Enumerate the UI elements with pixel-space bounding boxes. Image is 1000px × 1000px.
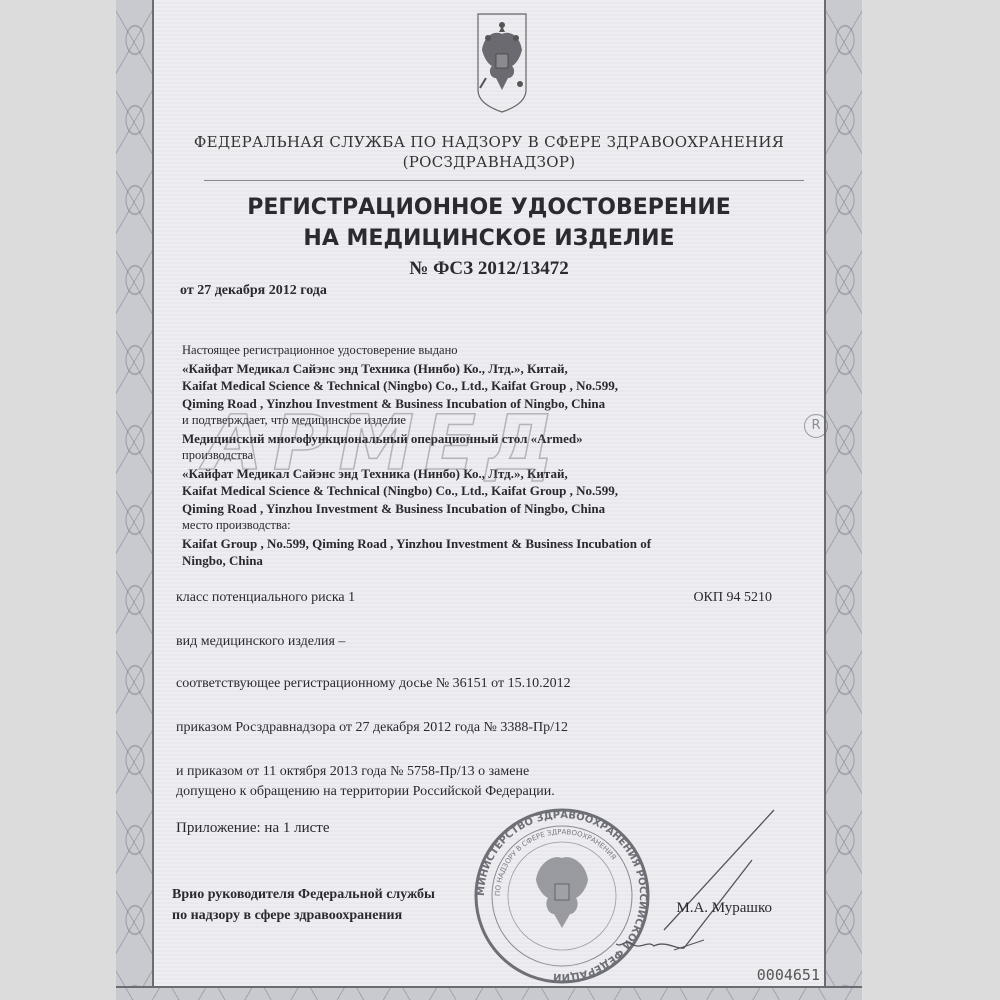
watermark-logo: АРМЕД (204, 398, 564, 487)
registered-trademark-icon: R (804, 414, 828, 438)
manufacturer-name-en-2: Qiming Road , Yinzhou Investment & Busin… (182, 500, 804, 518)
agency-name: ФЕДЕРАЛЬНАЯ СЛУЖБА ПО НАДЗОРУ В СФЕРЕ ЗД… (154, 132, 824, 152)
agency-header: ФЕДЕРАЛЬНАЯ СЛУЖБА ПО НАДЗОРУ В СФЕРЕ ЗД… (154, 132, 824, 172)
dossier-reference: соответствующее регистрационному досье №… (176, 676, 571, 692)
certificate-date: от 27 декабря 2012 года (180, 283, 327, 299)
certificate-document: ФЕДЕРАЛЬНАЯ СЛУЖБА ПО НАДЗОРУ В СФЕРЕ ЗД… (116, 0, 862, 1000)
coat-of-arms-icon (474, 8, 530, 116)
signer-title-line-2: по надзору в сфере здравоохранения (172, 905, 435, 926)
header-divider (204, 180, 804, 181)
device-type: вид медицинского изделия – (176, 634, 345, 650)
signer-name: М.А. Мурашко (676, 900, 772, 917)
ornamental-border-right (824, 0, 862, 1000)
signature-icon (604, 800, 784, 960)
issuer-name-en-1: Kaifat Medical Science & Technical (Ning… (182, 377, 804, 395)
production-site-label: место производства: (182, 517, 804, 535)
risk-class: класс потенциального риска 1 (176, 590, 355, 606)
signer-title-line-1: Врио руководителя Федеральной службы (172, 884, 435, 905)
order-reference-1: приказом Росздравнадзора от 27 декабря 2… (176, 720, 568, 736)
ornamental-border-left (116, 0, 154, 1000)
okp-code: ОКП 94 5210 (693, 590, 772, 606)
production-site-1: Kaifat Group , No.599, Qiming Road , Yin… (182, 535, 804, 553)
order-2-line-2: допущено к обращению на территории Росси… (176, 782, 555, 802)
certificate-paper: ФЕДЕРАЛЬНАЯ СЛУЖБА ПО НАДЗОРУ В СФЕРЕ ЗД… (154, 0, 824, 986)
order-reference-2: и приказом от 11 октября 2013 года № 575… (176, 762, 555, 802)
certificate-number: № ФСЗ 2012/13472 (154, 258, 824, 280)
serial-number: 0004651 (757, 966, 820, 984)
appendix-note: Приложение: на 1 листе (176, 820, 330, 837)
issued-intro: Настоящее регистрационное удостоверение … (182, 342, 804, 360)
production-site-2: Ningbo, China (182, 552, 804, 570)
document-title: РЕГИСТРАЦИОННОЕ УДОСТОВЕРЕНИЕ НА МЕДИЦИН… (154, 192, 824, 254)
title-line-1: РЕГИСТРАЦИОННОЕ УДОСТОВЕРЕНИЕ (154, 192, 824, 223)
ornamental-border-bottom (116, 986, 862, 1000)
signer-title: Врио руководителя Федеральной службы по … (172, 884, 435, 926)
title-line-2: НА МЕДИЦИНСКОЕ ИЗДЕЛИЕ (154, 223, 824, 254)
agency-abbreviation: (РОСЗДРАВНАДЗОР) (154, 152, 824, 172)
issuer-name-ru: «Кайфат Медикал Сайэнс энд Техника (Нинб… (182, 360, 804, 378)
order-2-line-1: и приказом от 11 октября 2013 года № 575… (176, 762, 555, 782)
